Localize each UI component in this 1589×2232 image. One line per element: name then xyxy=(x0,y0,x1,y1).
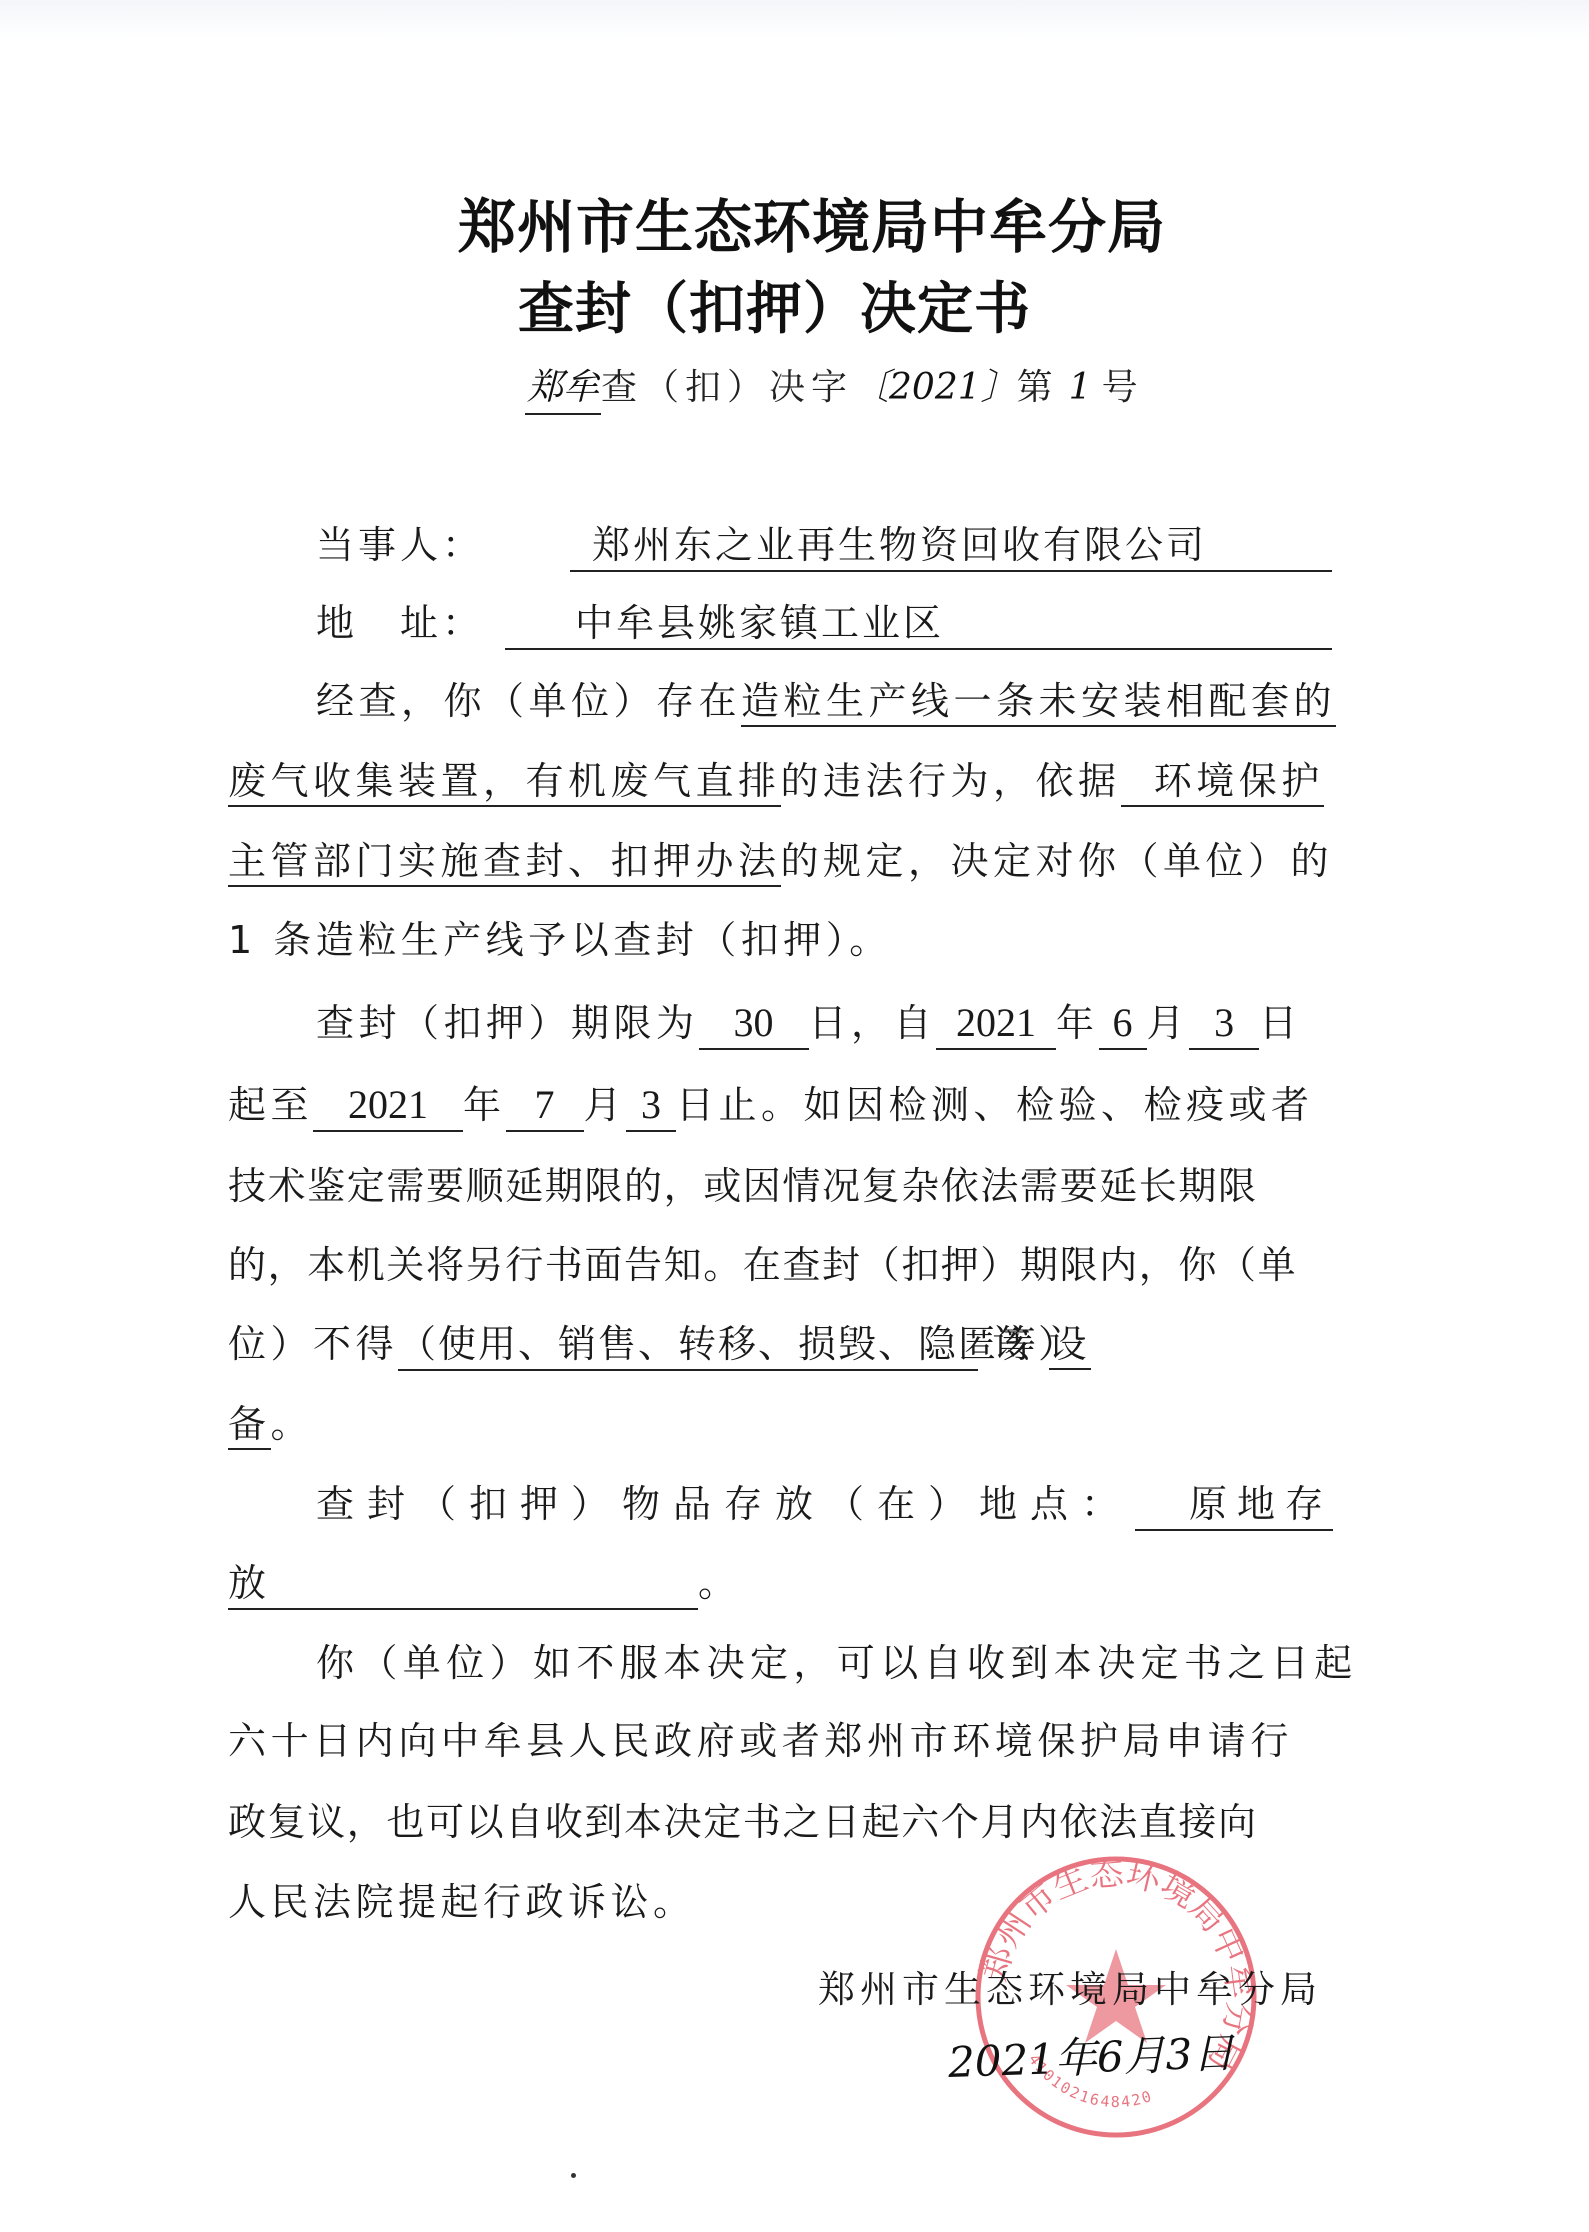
scan-speck xyxy=(571,2173,576,2178)
start-year: 2021 xyxy=(936,998,1056,1050)
year-unit: 年 xyxy=(1056,1001,1099,1045)
doc-number-year: 〔2021〕 xyxy=(853,367,1017,408)
p4-line2: 六十日内向中牟县人民政府或者郑州市环境保护局申请行 xyxy=(228,1716,1293,1766)
p2-line4: 的，本机关将另行书面告知。在查封（扣押）期限内，你（单 xyxy=(228,1240,1297,1290)
period-mark: 。 xyxy=(698,1561,741,1605)
agency-title: 郑州市生态环境局中牟分局 xyxy=(458,192,1166,262)
start-day: 3 xyxy=(1189,998,1259,1050)
p1-line2: 废气收集装置，有机废气直排的违法行为，依据 环境保护 xyxy=(228,756,1324,806)
p1-text: 经查，你（单位）存在 xyxy=(316,679,741,723)
p2-text: 日止。如因检测、检验、检疫或者 xyxy=(676,1083,1314,1127)
p2-text: 位）不得 xyxy=(228,1322,398,1366)
violation-text: 造粒生产线一条未安装相配套的 xyxy=(741,679,1336,727)
period-days: 30 xyxy=(699,998,809,1050)
year-unit: 年 xyxy=(463,1083,506,1127)
prohibited-actions: （使用、销售、转移、损毁、隐匿等） xyxy=(398,1319,978,1371)
signature-date: 2021年6月3日 xyxy=(947,2025,1235,2091)
doc-number-hao: 号 xyxy=(1102,367,1144,408)
doc-number-di: 第 xyxy=(1017,367,1059,408)
document-title: 查封（扣押）决定书 xyxy=(518,275,1031,345)
end-day: 3 xyxy=(626,1080,676,1132)
p2-line1: 查封（扣押）期限为30日，自2021年6月3日 xyxy=(316,998,1302,1050)
p2-line6: 备。 xyxy=(228,1399,313,1449)
legal-basis-cont: 主管部门实施查封、扣押办法 xyxy=(228,839,781,887)
p2-text: 日，自 xyxy=(809,1001,937,1045)
p1-text: 的规定，决定对你（单位）的 xyxy=(781,839,1334,883)
storage-location-cont: 放 xyxy=(228,1558,698,1610)
p3-line2: 放。 xyxy=(228,1558,741,1610)
month-unit: 月 xyxy=(584,1083,627,1127)
address-value: 中牟县姚家镇工业区 xyxy=(505,598,1332,650)
p2-text: 查封（扣押）期限为 xyxy=(316,1001,699,1045)
doc-number-middle: 查（扣）决字 xyxy=(601,367,853,408)
p2-line3: 技术鉴定需要顺延期限的，或因情况复杂依法需要延长期限 xyxy=(228,1161,1258,1211)
doc-number-prefix: 郑牟 xyxy=(525,363,601,415)
period-mark: 。 xyxy=(271,1402,314,1446)
p1-line4: 1 条造粒生产线予以查封（扣押）。 xyxy=(228,915,892,965)
p2-text: 起至 xyxy=(228,1083,313,1127)
p1-line3: 主管部门实施查封、扣押办法的规定，决定对你（单位）的 xyxy=(228,836,1333,886)
legal-basis: 环境保护 xyxy=(1121,759,1324,807)
p1-line1: 经查，你（单位）存在造粒生产线一条未安装相配套的 xyxy=(316,676,1336,726)
party-label: 当事人： xyxy=(316,520,484,570)
violation-text-cont: 废气收集装置，有机废气直排 xyxy=(228,759,781,807)
p1-text: 的违法行为，依据 xyxy=(781,759,1121,803)
end-month: 7 xyxy=(506,1080,584,1132)
month-unit: 月 xyxy=(1147,1001,1190,1045)
p2-line2: 起至2021年7月3日止。如因检测、检验、检疫或者 xyxy=(228,1080,1314,1132)
start-month: 6 xyxy=(1099,998,1147,1050)
p4-line4: 人民法院提起行政诉讼。 xyxy=(228,1877,696,1927)
seized-object: 设 xyxy=(1049,1322,1092,1370)
p4-line3: 政复议，也可以自收到本决定书之日起六个月内依法直接向 xyxy=(228,1797,1258,1847)
signature-organization: 郑州市生态环境局中牟分局 xyxy=(818,1965,1322,2015)
storage-label: 查封（扣押）物品存放（在）地点： xyxy=(316,1482,1132,1526)
p4-line1: 你（单位）如不服本决定，可以自收到本决定书之日起 xyxy=(316,1638,1358,1688)
storage-location: 原地存 xyxy=(1135,1479,1333,1531)
scan-bleed-through xyxy=(0,0,1589,40)
p3-line1: 查封（扣押）物品存放（在）地点： xyxy=(316,1479,1132,1529)
p2-text: 该 xyxy=(978,1322,1049,1366)
address-label: 地 址： xyxy=(316,598,484,648)
p2-line5: 位）不得（使用、销售、转移、损毁、隐匿等）该设 xyxy=(228,1319,1091,1371)
seized-object-cont: 备 xyxy=(228,1402,271,1450)
day-unit: 日 xyxy=(1259,1001,1302,1045)
document-number: 郑牟查（扣）决字〔2021〕第1号 xyxy=(525,363,1144,415)
party-value: 郑州东之业再生物资回收有限公司 xyxy=(570,520,1332,572)
end-year: 2021 xyxy=(313,1080,463,1132)
doc-number-value: 1 xyxy=(1059,367,1102,408)
